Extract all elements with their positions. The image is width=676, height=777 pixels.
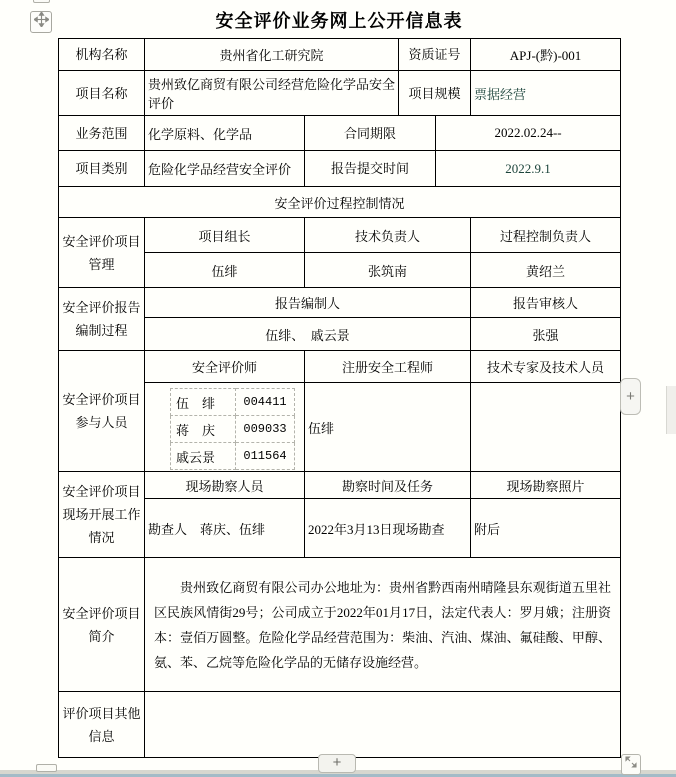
engineer-header: 注册安全工程师 — [305, 351, 471, 383]
assessor-list-cell: 伍 绯 004411 蒋 庆 009033 戚云景 011564 — [145, 383, 305, 472]
report-submit-label: 报告提交时间 — [305, 151, 436, 187]
expert-value — [471, 383, 621, 472]
engineer-value: 伍绯 — [305, 383, 471, 472]
project-scale-label: 项目规模 — [399, 71, 471, 116]
cert-no-value: APJ-(黔)-001 — [471, 39, 621, 71]
assessor-inner-table: 伍 绯 004411 蒋 庆 009033 戚云景 011564 — [170, 388, 295, 470]
assessor-row: 蒋 庆 009033 — [171, 416, 295, 443]
expert-header: 技术专家及技术人员 — [471, 351, 621, 383]
site-surveyor-value: 勘查人 蒋庆、伍绯 — [145, 499, 305, 558]
info-table: 机构名称 贵州省化工研究院 资质证号 APJ-(黔)-001 项目名称 贵州致亿… — [58, 38, 621, 758]
project-category-value: 危险化学品经营安全评价 — [145, 151, 305, 187]
report-writer-value: 伍绯、 戚云景 — [145, 318, 471, 351]
assessor-row: 戚云景 011564 — [171, 443, 295, 470]
assessor-number: 011564 — [236, 443, 295, 470]
org-name-label: 机构名称 — [59, 39, 145, 71]
project-name-value: 贵州致亿商贸有限公司经营危险化学品安全评价 — [145, 71, 399, 116]
partial-control-box — [33, 0, 50, 3]
report-reviewer-value: 张强 — [471, 318, 621, 351]
process-section-title: 安全评价过程控制情况 — [59, 187, 621, 218]
process-control-value: 黄绍兰 — [471, 253, 621, 288]
project-scale-value: 票据经营 — [471, 71, 621, 116]
diagonal-resize-icon — [624, 755, 638, 774]
page-title: 安全评价业务网上公开信息表 — [58, 7, 620, 33]
scrollbar-sliver[interactable] — [666, 386, 676, 434]
assessor-header: 安全评价师 — [145, 351, 305, 383]
site-surveyor-header: 现场勘察人员 — [145, 472, 305, 499]
tech-director-header: 技术负责人 — [305, 218, 471, 253]
assessor-row: 伍 绯 004411 — [171, 389, 295, 416]
other-info-value — [145, 692, 621, 758]
tech-director-value: 张筑南 — [305, 253, 471, 288]
other-info-label: 评价项目其他信息 — [59, 692, 145, 758]
team-leader-header: 项目组长 — [145, 218, 305, 253]
insert-row-bar-tab[interactable] — [36, 764, 57, 772]
site-work-label: 安全评价项目现场开展工作情况 — [59, 472, 145, 558]
table-move-handle[interactable] — [30, 11, 52, 33]
assessor-number: 004411 — [236, 389, 295, 416]
cert-no-label: 资质证号 — [399, 39, 471, 71]
business-scope-label: 业务范围 — [59, 116, 145, 151]
participants-label: 安全评价项目参与人员 — [59, 351, 145, 472]
summary-label: 安全评价项目简介 — [59, 558, 145, 692]
assessor-name: 伍 绯 — [171, 389, 236, 416]
assessor-name: 蒋 庆 — [171, 416, 236, 443]
contract-period-label: 合同期限 — [305, 116, 436, 151]
insert-row-button[interactable]: + — [318, 754, 356, 773]
org-name-value: 贵州省化工研究院 — [145, 39, 399, 71]
report-writer-header: 报告编制人 — [145, 288, 471, 318]
report-submit-value: 2022.9.1 — [436, 151, 621, 187]
site-photo-value: 附后 — [471, 499, 621, 558]
site-photo-header: 现场勘察照片 — [471, 472, 621, 499]
compilation-label: 安全评价报告编制过程 — [59, 288, 145, 351]
summary-text: 贵州致亿商贸有限公司办公地址为：贵州省黔西南州晴隆县东观街道五里社区民族风情街2… — [148, 573, 617, 677]
business-scope-value: 化学原料、化学品 — [145, 116, 305, 151]
assessor-name: 戚云景 — [171, 443, 236, 470]
move-cross-icon — [34, 12, 49, 32]
team-leader-value: 伍绯 — [145, 253, 305, 288]
table-resize-handle[interactable] — [621, 754, 641, 775]
assessor-number: 009033 — [236, 416, 295, 443]
contract-period-value: 2022.02.24-- — [436, 116, 621, 151]
process-control-header: 过程控制负责人 — [471, 218, 621, 253]
project-category-label: 项目类别 — [59, 151, 145, 187]
summary-cell: 贵州致亿商贸有限公司办公地址为：贵州省黔西南州晴隆县东观街道五里社区民族风情街2… — [145, 558, 621, 692]
report-reviewer-header: 报告审核人 — [471, 288, 621, 318]
project-name-label: 项目名称 — [59, 71, 145, 116]
survey-time-header: 勘察时间及任务 — [305, 472, 471, 499]
insert-column-button[interactable]: + — [620, 378, 641, 415]
survey-time-value: 2022年3月13日现场勘查 — [305, 499, 471, 558]
management-label: 安全评价项目管理 — [59, 218, 145, 288]
